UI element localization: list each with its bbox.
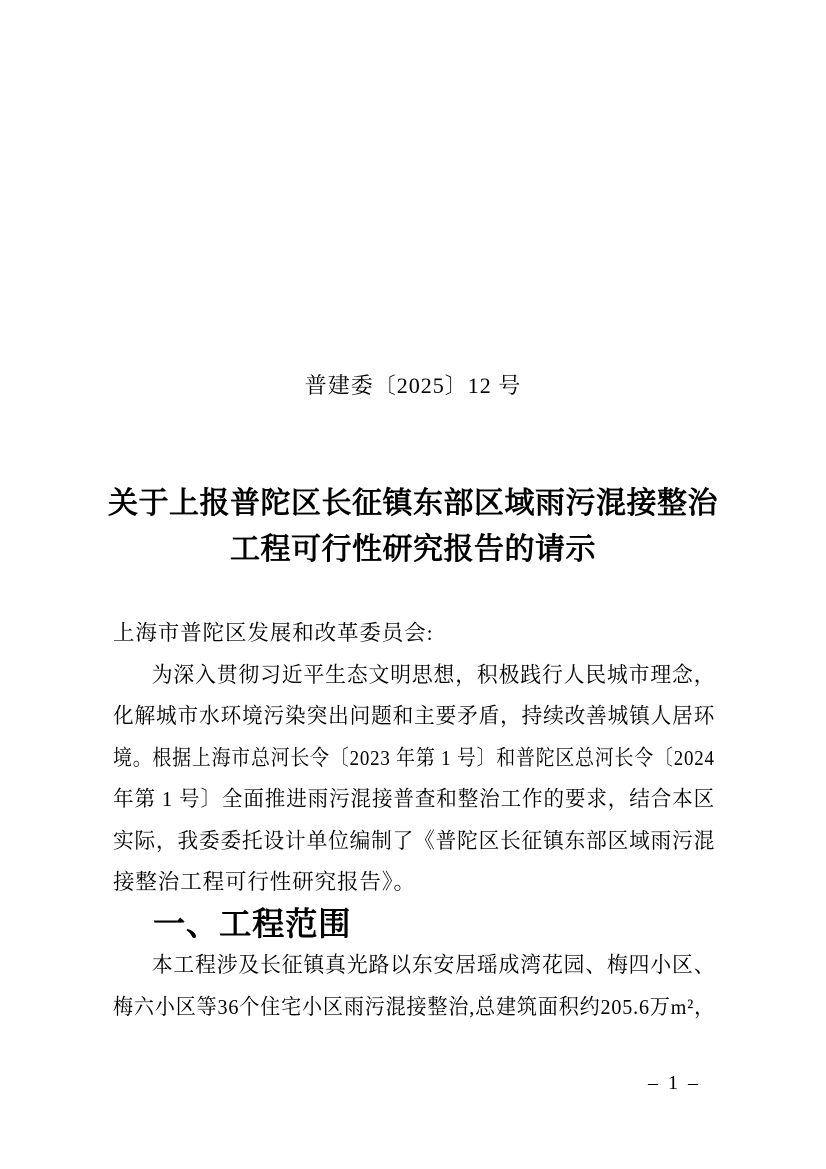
- document-number: 普建委〔2025〕12 号: [0, 371, 826, 401]
- document-title-line-1: 关于上报普陀区长征镇东部区域雨污混接整治: [0, 481, 826, 527]
- paragraph2-line-2: 梅六小区等36个住宅小区雨污混接整治,总建筑面积约205.6万m²，: [113, 987, 675, 1029]
- document-title-line-2: 工程可行性研究报告的请示: [0, 527, 826, 573]
- salutation-line: 上海市普陀区发展和改革委员会:: [113, 613, 715, 655]
- paragraph1-line-3: 境。根据上海市总河长令〔2023 年第 1 号〕和普陀区总河长令〔2024: [113, 738, 643, 780]
- paragraph1-line-1: 为深入贯彻习近平生态文明思想，积极践行人民城市理念，: [113, 655, 696, 697]
- paragraph1-line-5: 实际，我委委托设计单位编制了《普陀区长征镇东部区域雨污混: [113, 821, 691, 863]
- paragraph1-line-6: 接整治工程可行性研究报告》。: [113, 862, 715, 904]
- page-number: – 1 –: [648, 1070, 700, 1096]
- paragraph2-line-1: 本工程涉及长征镇真光路以东安居瑶成湾花园、梅四小区、: [113, 945, 696, 987]
- section-heading-scope: 一、工程范围: [113, 904, 715, 946]
- document-title: 关于上报普陀区长征镇东部区域雨污混接整治 工程可行性研究报告的请示: [0, 481, 826, 573]
- paragraph1-line-2: 化解城市水环境污染突出问题和主要矛盾，持续改善城镇人居环: [113, 696, 691, 738]
- document-body: 上海市普陀区发展和改革委员会: 为深入贯彻习近平生态文明思想，积极践行人民城市理…: [113, 613, 715, 1028]
- document-page: 普建委〔2025〕12 号 关于上报普陀区长征镇东部区域雨污混接整治 工程可行性…: [0, 0, 826, 1169]
- paragraph1-line-4: 年第 1 号〕全面推进雨污混接普查和整治工作的要求，结合本区: [113, 779, 689, 821]
